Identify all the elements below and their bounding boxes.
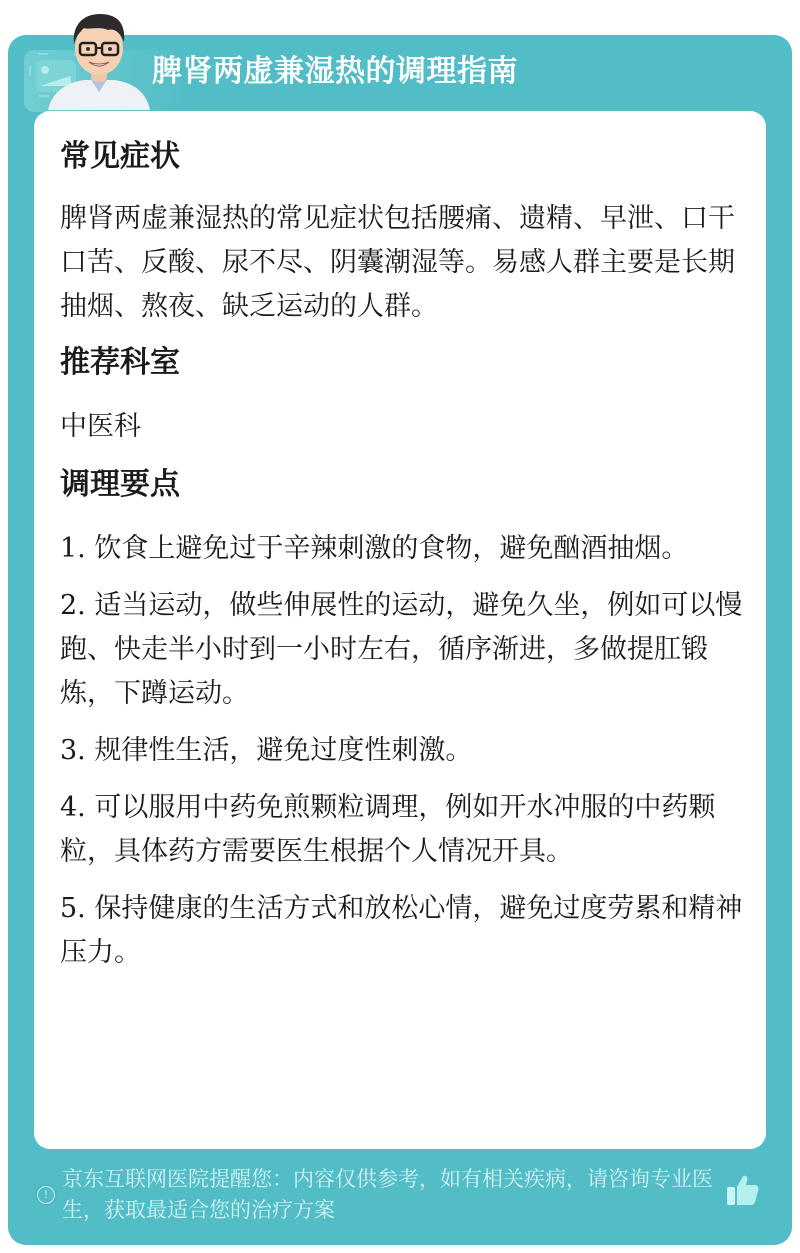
info-icon: ! — [37, 1186, 55, 1204]
tip-item: 1. 饮食上避免过于辛辣刺激的食物，避免酗酒抽烟。 — [60, 527, 750, 571]
thumbs-up-icon[interactable] — [724, 1172, 760, 1208]
symptoms-text: 脾肾两虚兼湿热的常见症状包括腰痛、遗精、早泄、口干口苦、反酸、尿不尽、阴囊潮湿等… — [60, 197, 750, 329]
tip-text: 规律性生活，避免过度性刺激。 — [94, 735, 472, 766]
content-card: 常见症状 脾肾两虚兼湿热的常见症状包括腰痛、遗精、早泄、口干口苦、反酸、尿不尽、… — [34, 111, 766, 1149]
tip-item: 3. 规律性生活，避免过度性刺激。 — [60, 729, 750, 773]
tip-number: 5. — [60, 893, 86, 924]
tip-text: 饮食上避免过于辛辣刺激的食物，避免酗酒抽烟。 — [94, 533, 688, 564]
tip-number: 1. — [60, 533, 86, 564]
content-body: 常见症状 脾肾两虚兼湿热的常见症状包括腰痛、遗精、早泄、口干口苦、反酸、尿不尽、… — [60, 135, 750, 975]
tip-number: 4. — [60, 792, 86, 823]
department-text: 中医科 — [60, 405, 750, 449]
tip-text: 适当运动，做些伸展性的运动，避免久坐，例如可以慢跑、快走半小时到一小时左右，循序… — [60, 590, 742, 709]
doctor-avatar — [44, 6, 154, 110]
tip-number: 2. — [60, 590, 86, 621]
section-heading-department: 推荐科室 — [60, 341, 750, 385]
tip-item: 4. 可以服用中药免煎颗粒调理，例如开水冲服的中药颗粒，具体药方需要医生根据个人… — [60, 786, 750, 874]
page-title: 脾肾两虚兼湿热的调理指南 — [152, 50, 518, 94]
tip-text: 可以服用中药免煎颗粒调理，例如开水冲服的中药颗粒，具体药方需要医生根据个人情况开… — [60, 792, 715, 867]
tip-item: 2. 适当运动，做些伸展性的运动，避免久坐，例如可以慢跑、快走半小时到一小时左右… — [60, 584, 750, 716]
tip-text: 保持健康的生活方式和放松心情，避免过度劳累和精神压力。 — [60, 893, 742, 968]
tip-number: 3. — [60, 735, 86, 766]
footer-disclaimer: 京东互联网医院提醒您：内容仅供参考，如有相关疾病，请咨询专业医生，获取最适合您的… — [62, 1164, 732, 1226]
section-heading-symptoms: 常见症状 — [60, 135, 750, 179]
tip-item: 5. 保持健康的生活方式和放松心情，避免过度劳累和精神压力。 — [60, 887, 750, 975]
section-heading-tips: 调理要点 — [60, 463, 750, 507]
